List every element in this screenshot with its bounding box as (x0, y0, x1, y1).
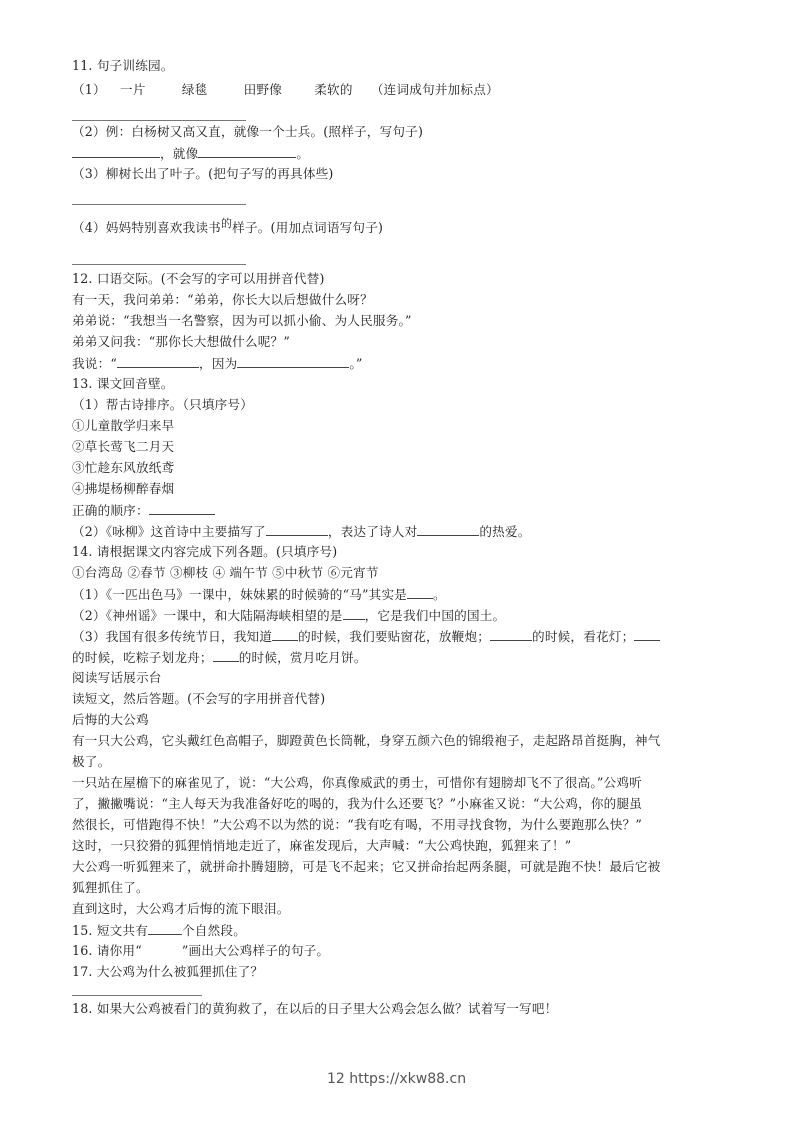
story-line: 大公鸡一听狐狸来了，就拼命扑腾翅膀，可是飞不起来；它又拼命抬起两条腿，可就是跑不… (72, 859, 661, 875)
page-footer: 12 https://xkw88.cn (0, 1071, 793, 1087)
q14-part2: （2）《神州谣》一课中，和大陆隔海峡相望的是，它是我们中国的国土。 (72, 607, 505, 624)
q11-part4-answer-line[interactable] (72, 264, 246, 265)
q11-part4: （4）妈妈特别喜欢我读书的样子。(用加点词语写句子) (72, 220, 383, 237)
q14-part3-blank-3[interactable] (634, 628, 660, 641)
q12-line: 弟弟说：“我想当一名警察，因为可以抓小偷、为人民服务。” (72, 313, 412, 329)
q13-part2-blank-1[interactable] (266, 523, 328, 536)
q11-word: 柔软的 (314, 82, 352, 97)
q11-part1-num: （1） (72, 82, 106, 97)
dotted-word: 的 (221, 217, 232, 230)
q11-word: 田野像 (244, 82, 282, 97)
q11-part2: （2）例：白杨树又高又直，就像一个士兵。(照样子，写句子) (72, 124, 423, 140)
story-line: 一只站在屋檐下的麻雀见了，说：“大公鸡，你真像威武的勇士，可惜你有翅膀却飞不了很… (72, 775, 642, 791)
q13-title: 13. 课文回音壁。 (72, 376, 174, 392)
poem-line: ④拂堤杨柳醉春烟 (72, 481, 174, 497)
reading-instruction: 读短文，然后答题。(不会写的字用拼音代替) (72, 691, 325, 707)
q14-part3-blank-4[interactable] (213, 649, 239, 662)
poem-line: ①儿童散学归来早 (72, 418, 174, 434)
q13-part2-blank-2[interactable] (417, 523, 479, 536)
q13-order: 正确的顺序： (72, 502, 215, 519)
q11-title: 11. 句子训练园。 (72, 58, 174, 74)
q14-part2-blank[interactable] (343, 607, 365, 620)
q14-options: ①台湾岛 ②春节 ③柳枝 ④ 端午节 ⑤中秋节 ⑥元宵节 (72, 565, 379, 581)
q14-title: 14. 请根据课文内容完成下列各题。(只填序号) (72, 544, 337, 560)
q11-part1: （1） 一片 绿毯 田野像 柔软的 （连词成句并加标点） (72, 82, 499, 98)
story-line: 极了。 (72, 754, 110, 770)
q15-blank[interactable] (148, 922, 182, 935)
q12-line: 弟弟又问我：“那你长大想做什么呢？” (72, 334, 290, 350)
q11-part2-blank-2[interactable] (198, 145, 296, 158)
story-line: 狐狸抓住了。 (72, 880, 149, 896)
reading-section-title: 阅读写话展示台 (72, 670, 162, 686)
q11-word: 一片 (120, 82, 146, 97)
q13-part2: （2）《咏柳》这首诗中主要描写了，表达了诗人对的热爱。 (72, 523, 531, 540)
q11-part2-answer: ，就像。 (72, 145, 309, 162)
q18: 18. 如果大公鸡被看门的黄狗救了，在以后的日子里大公鸡会怎么做？试着写一写吧！ (72, 1001, 557, 1017)
q12-answer: 我说：“，因为。” (72, 355, 363, 372)
q13-part1: （1）帮古诗排序。（只填序号） (72, 397, 253, 413)
q17-answer-line[interactable] (72, 995, 202, 996)
story-line: 了，撇撇嘴说：“主人每天为我准备好吃的喝的，我为什么还要飞？”小麻雀又说：“大公… (72, 796, 642, 812)
q14-part3-blank-2[interactable] (490, 628, 532, 641)
q14-part1-blank[interactable] (407, 586, 433, 599)
q12-line: 有一天，我问弟弟：“弟弟，你长大以后想做什么呀？ (72, 292, 373, 308)
q16: 16. 请你用“”画出大公鸡样子的句子。 (72, 943, 329, 959)
story-line: 这时，一只狡猾的狐狸悄悄地走近了，麻雀发现后，大声喊：“大公鸡快跑，狐狸来了！” (72, 838, 571, 854)
q13-order-blank[interactable] (149, 502, 215, 515)
poem-line: ②草长莺飞二月天 (72, 439, 174, 455)
q14-part3-cont: 的时候，吃粽子划龙舟；的时候，赏月吃月饼。 (72, 649, 367, 666)
story-title: 后悔的大公鸡 (72, 712, 149, 728)
q11-part3-answer-line[interactable] (72, 204, 246, 205)
q15: 15. 短文共有个自然段。 (72, 922, 246, 939)
story-line: 有一只大公鸡，它头戴红色高帽子，脚蹬黄色长筒靴，身穿五颜六色的锦缎袍子，走起路昂… (72, 733, 661, 749)
q14-part3-blank-1[interactable] (272, 628, 298, 641)
q11-part3: （3）柳树长出了叶子。(把句子写的再具体些) (72, 166, 334, 182)
q12-title: 12. 口语交际。(不会写的字可以用拼音代替) (72, 271, 325, 287)
q11-part1-answer-line[interactable] (72, 120, 246, 121)
q17: 17. 大公鸡为什么被狐狸抓住了？ (72, 964, 263, 980)
q11-part2-blank-1[interactable] (72, 145, 160, 158)
q12-blank-2[interactable] (237, 355, 349, 368)
poem-line: ③忙趁东风放纸鸢 (72, 460, 174, 476)
q11-instruction: （连词成句并加标点） (371, 82, 499, 97)
q11-word: 绿毯 (182, 82, 208, 97)
q14-part1: （1）《一匹出色马》一课中，妹妹累的时候骑的“马”其实是。 (72, 586, 446, 603)
q12-blank-1[interactable] (117, 355, 199, 368)
story-line: 直到这时，大公鸡才后悔的流下眼泪。 (72, 901, 290, 917)
q14-part3: （3）我国有很多传统节日，我知道的时候，我们要贴窗花，放鞭炮；的时候，看花灯； (72, 628, 660, 645)
story-line: 然很长，可惜跑得不快！”大公鸡不以为然的说：“我有吃有喝，不用寻找食物，为什么要… (72, 817, 642, 833)
